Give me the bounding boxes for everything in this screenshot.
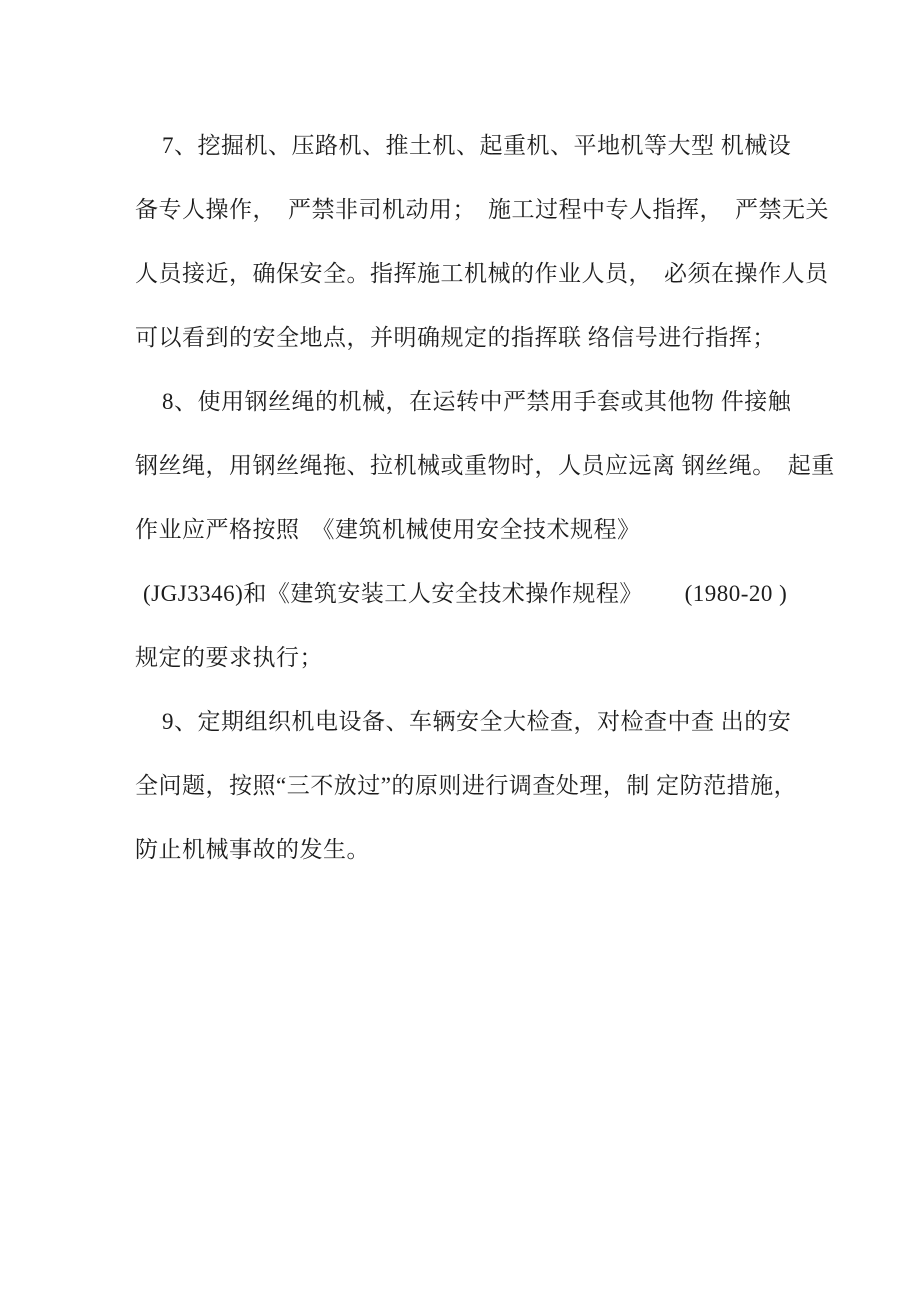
document-line: 人员接近，确保安全。指挥施工机械的作业人员， 必须在操作人员 xyxy=(135,242,805,306)
document-line: 9、定期组织机电设备、车辆安全大检查，对检查中查 出的安 xyxy=(135,690,805,754)
document-line: 作业应严格按照 《建筑机械使用安全技术规程》 xyxy=(135,498,805,562)
document-line: 规定的要求执行； xyxy=(135,626,805,690)
document-line: 7、挖掘机、压路机、推土机、起重机、平地机等大型 机械设 xyxy=(135,114,805,178)
document-line: 防止机械事故的发生。 xyxy=(135,818,805,882)
document-line: 钢丝绳，用钢丝绳拖、拉机械或重物时，人员应远离 钢丝绳。 起重 xyxy=(135,434,805,498)
document-line: (JGJ3346)和《建筑安装工人安全技术操作规程》 (1980-20 ) xyxy=(135,562,805,626)
document-line: 可以看到的安全地点，并明确规定的指挥联 络信号进行指挥； xyxy=(135,306,805,370)
document-page: 7、挖掘机、压路机、推土机、起重机、平地机等大型 机械设备专人操作， 严禁非司机… xyxy=(0,0,920,1303)
document-line: 备专人操作， 严禁非司机动用； 施工过程中专人指挥， 严禁无关 xyxy=(135,178,805,242)
document-line: 全问题，按照“三不放过”的原则进行调查处理，制 定防范措施， xyxy=(135,754,805,818)
document-line: 8、使用钢丝绳的机械，在运转中严禁用手套或其他物 件接触 xyxy=(135,370,805,434)
text-block: 7、挖掘机、压路机、推土机、起重机、平地机等大型 机械设备专人操作， 严禁非司机… xyxy=(135,114,805,882)
